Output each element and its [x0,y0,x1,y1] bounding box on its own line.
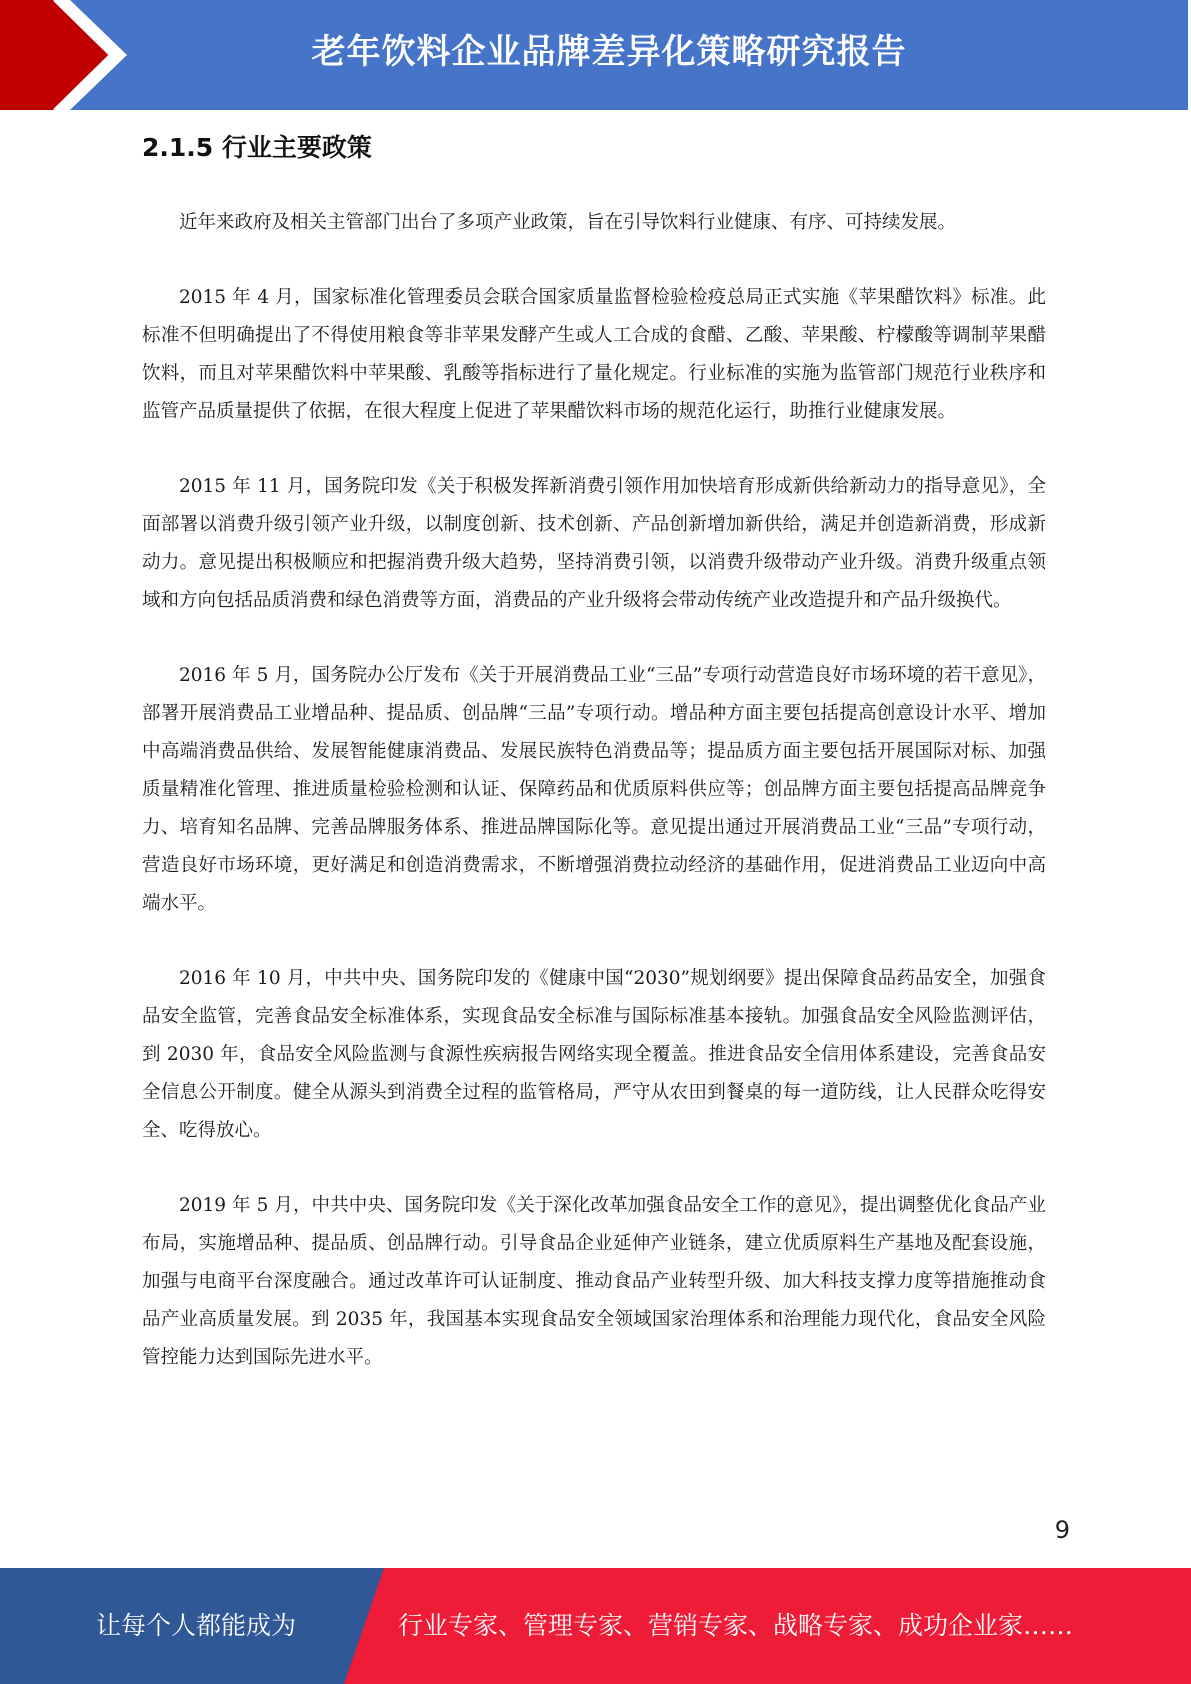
footer-slogan-right: 行业专家、管理专家、营销专家、战略专家、成功企业家…… [398,1568,1073,1684]
section-heading: 2.1.5 行业主要政策 [142,128,1046,168]
report-title: 老年饮料企业品牌差异化策略研究报告 [0,0,1188,110]
paragraph-2016-oct: 2016 年 10 月，中共中央、国务院印发的《健康中国“2030”规划纲要》提… [142,960,1046,1150]
document-body: 2.1.5 行业主要政策 近年来政府及相关主管部门出台了多项产业政策，旨在引导饮… [142,128,1046,1414]
page-header: 老年饮料企业品牌差异化策略研究报告 [0,0,1188,110]
paragraph-2015-nov: 2015 年 11 月，国务院印发《关于积极发挥新消费引领作用加快培育形成新供给… [142,468,1046,620]
page-footer: 让每个人都能成为 行业专家、管理专家、营销专家、战略专家、成功企业家…… [0,1568,1191,1684]
paragraph-2016-may: 2016 年 5 月，国务院办公厅发布《关于开展消费品工业“三品”专项行动营造良… [142,657,1046,923]
page-number: 9 [1020,1516,1070,1544]
paragraph-2015-apr: 2015 年 4 月，国家标准化管理委员会联合国家质量监督检验检疫总局正式实施《… [142,279,1046,431]
paragraph-intro: 近年来政府及相关主管部门出台了多项产业政策，旨在引导饮料行业健康、有序、可持续发… [142,204,1046,242]
footer-slogan-left: 让每个人都能成为 [0,1568,348,1684]
paragraph-2019-may: 2019 年 5 月，中共中央、国务院印发《关于深化改革加强食品安全工作的意见》… [142,1187,1046,1377]
